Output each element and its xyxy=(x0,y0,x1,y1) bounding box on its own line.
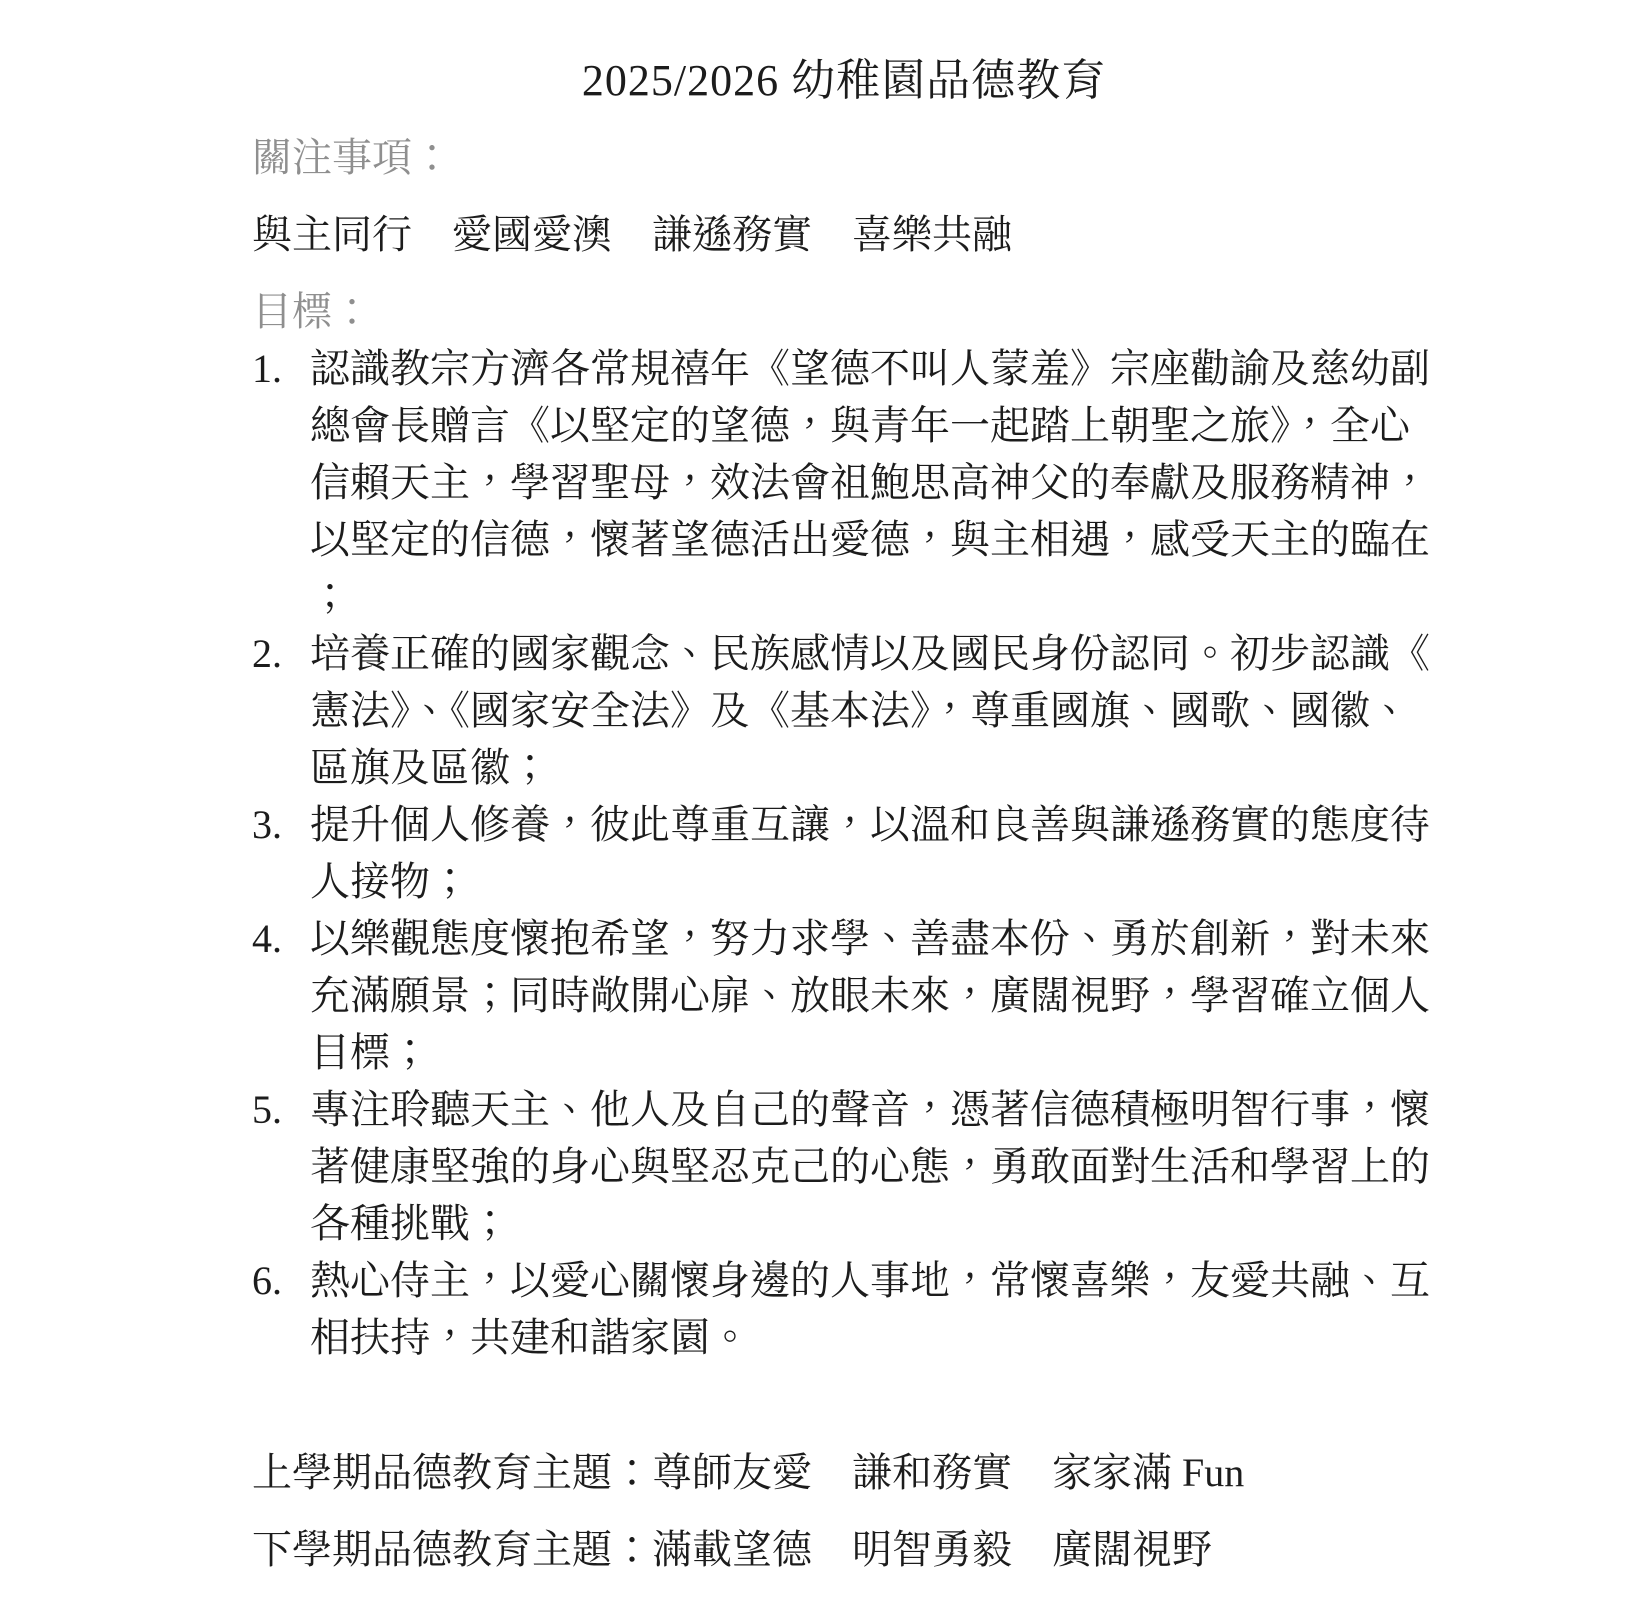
attention-label: 關注事項： xyxy=(252,129,1436,186)
goal-text: 熱心侍主，以愛心關懷身邊的人事地，常懷喜樂，友愛共融、互相扶持，共建和諧家園。 xyxy=(310,1252,1430,1366)
page-title: 2025/2026 幼稚園品德教育 xyxy=(252,52,1436,109)
goal-item: 5. 專注聆聽天主、他人及自己的聲音，憑著信德積極明智行事，懷著健康堅強的身心與… xyxy=(252,1081,1436,1252)
goals-label: 目標： xyxy=(252,283,1436,340)
goal-item: 1. 認識教宗方濟各常規禧年《望德不叫人蒙羞》宗座勸諭及慈幼副總會長贈言《以堅定… xyxy=(252,340,1436,625)
goal-text: 認識教宗方濟各常規禧年《望德不叫人蒙羞》宗座勸諭及慈幼副總會長贈言《以堅定的望德… xyxy=(310,340,1430,625)
goal-number: 4. xyxy=(252,910,310,967)
goal-text: 以樂觀態度懷抱希望，努力求學、善盡本份、勇於創新，對未來充滿願景；同時敞開心扉、… xyxy=(310,910,1430,1081)
document-page: 2025/2026 幼稚園品德教育 關注事項： 與主同行 愛國愛澳 謙遜務實 喜… xyxy=(0,0,1652,1612)
motto-line: 與主同行 愛國愛澳 謙遜務實 喜樂共融 xyxy=(252,206,1436,263)
goal-number: 6. xyxy=(252,1252,310,1309)
goal-number: 2. xyxy=(252,625,310,682)
goal-text: 專注聆聽天主、他人及自己的聲音，憑著信德積極明智行事，懷著健康堅強的身心與堅忍克… xyxy=(310,1081,1430,1252)
goal-text: 提升個人修養，彼此尊重互讓，以溫和良善與謙遜務實的態度待人接物； xyxy=(310,796,1430,910)
goal-item: 6. 熱心侍主，以愛心關懷身邊的人事地，常懷喜樂，友愛共融、互相扶持，共建和諧家… xyxy=(252,1252,1436,1366)
goal-number: 5. xyxy=(252,1081,310,1138)
first-term-theme: 上學期品德教育主題：尊師友愛 謙和務實 家家滿 Fun xyxy=(252,1444,1436,1501)
goal-item: 4. 以樂觀態度懷抱希望，努力求學、善盡本份、勇於創新，對未來充滿願景；同時敞開… xyxy=(252,910,1436,1081)
goals-list: 1. 認識教宗方濟各常規禧年《望德不叫人蒙羞》宗座勸諭及慈幼副總會長贈言《以堅定… xyxy=(252,340,1436,1366)
goal-text: 培養正確的國家觀念、民族感情以及國民身份認同。初步認識《憲法》、《國家安全法》及… xyxy=(310,625,1430,796)
goal-item: 2. 培養正確的國家觀念、民族感情以及國民身份認同。初步認識《憲法》、《國家安全… xyxy=(252,625,1436,796)
goal-number: 3. xyxy=(252,796,310,853)
goal-item: 3. 提升個人修養，彼此尊重互讓，以溫和良善與謙遜務實的態度待人接物； xyxy=(252,796,1436,910)
second-term-theme: 下學期品德教育主題：滿載望德 明智勇毅 廣闊視野 xyxy=(252,1521,1436,1578)
goal-number: 1. xyxy=(252,340,310,397)
